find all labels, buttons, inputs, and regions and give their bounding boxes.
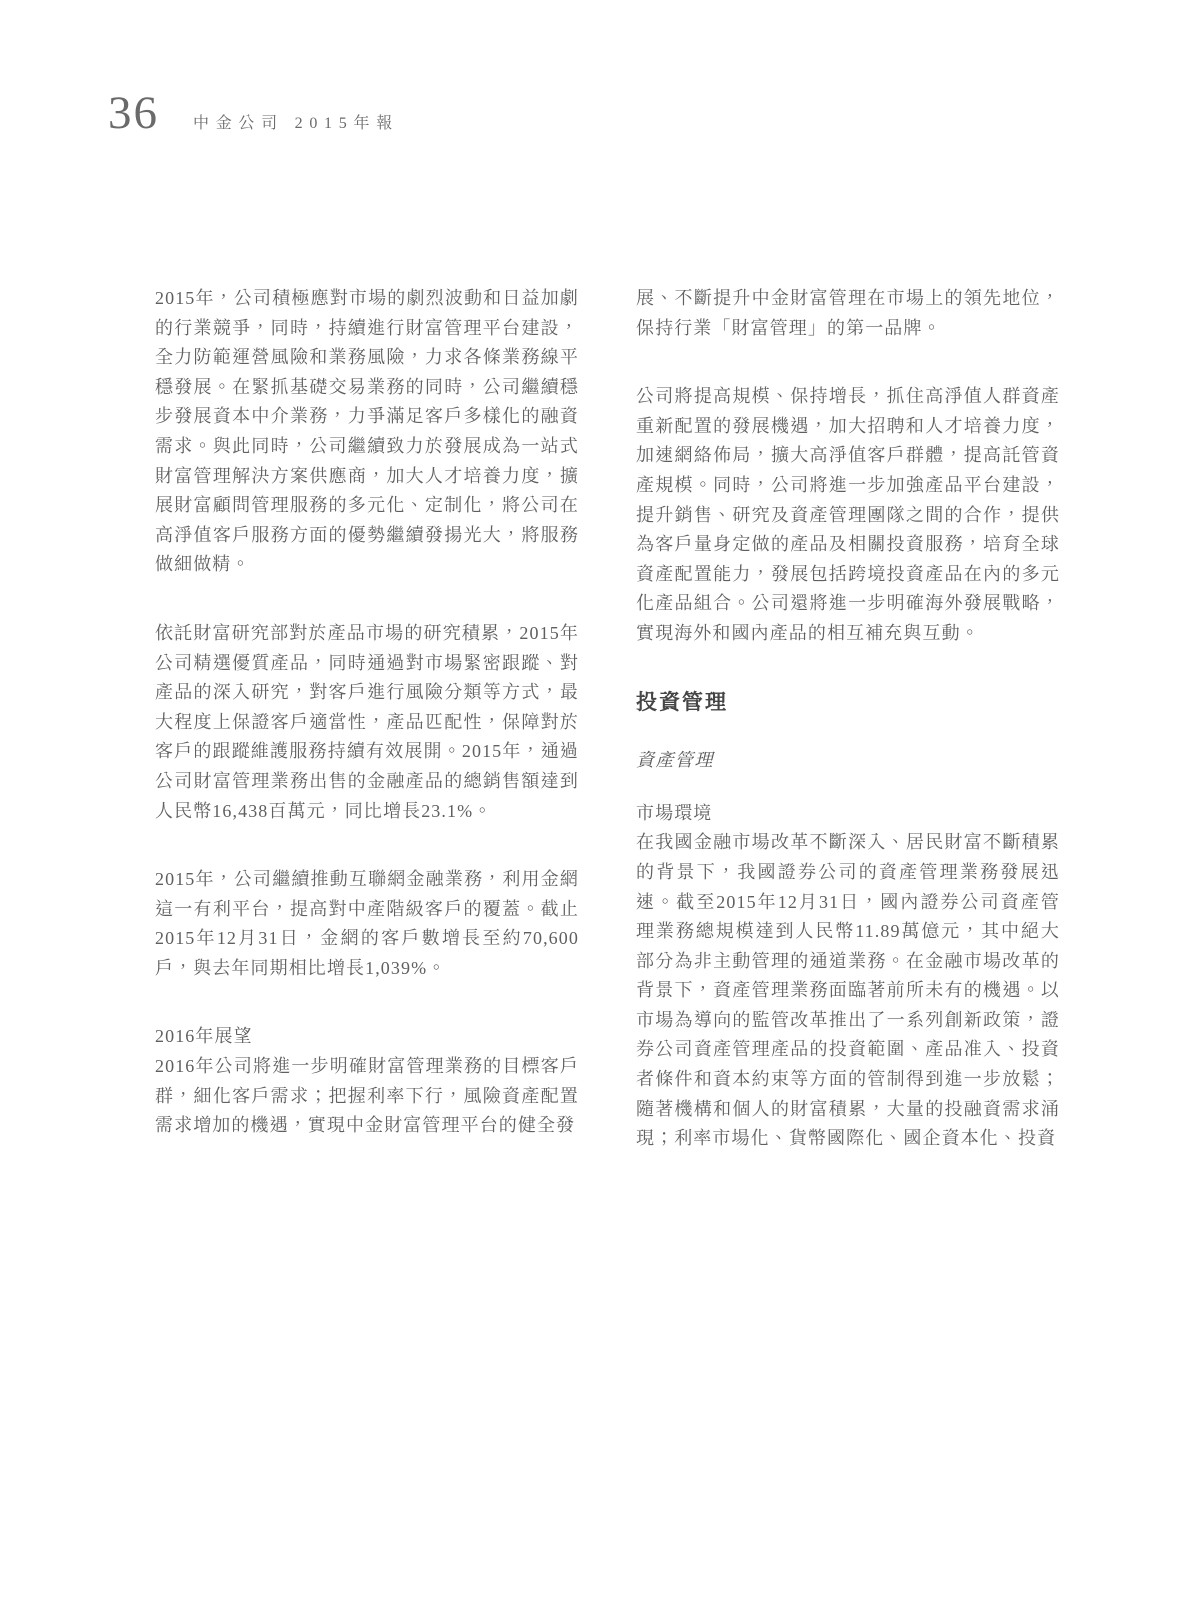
annual-report-page: 36 中金公司 2015年報 2015年，公司積極應對市場的劇烈波動和日益加劇的… [0,0,1190,1615]
paragraph-outlook-continuation: 展、不斷提升中金財富管理在市場上的領先地位，保持行業「財富管理」的第一品牌。 [636,284,1060,343]
right-column: 展、不斷提升中金財富管理在市場上的領先地位，保持行業「財富管理」的第一品牌。 公… [636,284,1060,1154]
paragraph-scale-growth: 公司將提高規模、保持增長，抓住高淨值人群資產重新配置的發展機遇，加大招聘和人才培… [636,382,1060,648]
paragraph-market-environment: 在我國金融市場改革不斷深入、居民財富不斷積累的背景下，我國證券公司的資產管理業務… [636,828,1060,1154]
paragraph-product-research: 依託財富研究部對於產品市場的研究積累，2015年公司精選優質產品，同時通過對市場… [155,619,579,826]
page-number: 36 [108,86,159,140]
minor-heading-market-environment: 市場環境 [636,799,1060,829]
paragraph-wealth-management-2015: 2015年，公司積極應對市場的劇烈波動和日益加劇的行業競爭，同時，持續進行財富管… [155,284,579,580]
document-title: 中金公司 2015年報 [193,110,399,133]
outlook-2016-body: 2016年公司將進一步明確財富管理業務的目標客戶群，細化客戶需求；把握利率下行，… [155,1052,579,1141]
section-heading-investment-management: 投資管理 [636,688,1060,718]
page-header: 36 中金公司 2015年報 [108,86,399,140]
left-column: 2015年，公司積極應對市場的劇烈波動和日益加劇的行業競爭，同時，持續進行財富管… [155,284,579,1154]
subsection-heading-asset-management: 資產管理 [636,746,1060,776]
paragraph-internet-finance: 2015年，公司繼續推動互聯網金融業務，利用金網這一有利平台，提高對中產階級客戶… [155,865,579,983]
two-column-layout: 2015年，公司積極應對市場的劇烈波動和日益加劇的行業競爭，同時，持續進行財富管… [155,284,1060,1154]
outlook-2016-heading: 2016年展望 [155,1022,579,1052]
